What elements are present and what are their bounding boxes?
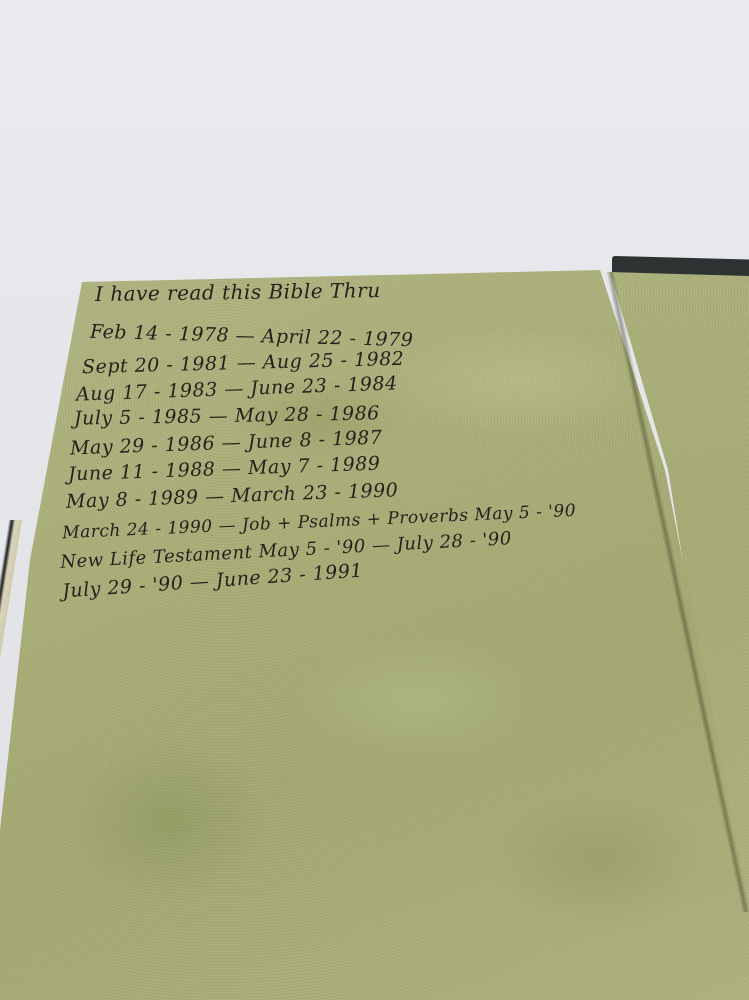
note-heading: I have read this Bible Thru xyxy=(95,278,381,306)
photo-scene: I have read this Bible Thru Feb 14 - 197… xyxy=(0,0,749,1000)
